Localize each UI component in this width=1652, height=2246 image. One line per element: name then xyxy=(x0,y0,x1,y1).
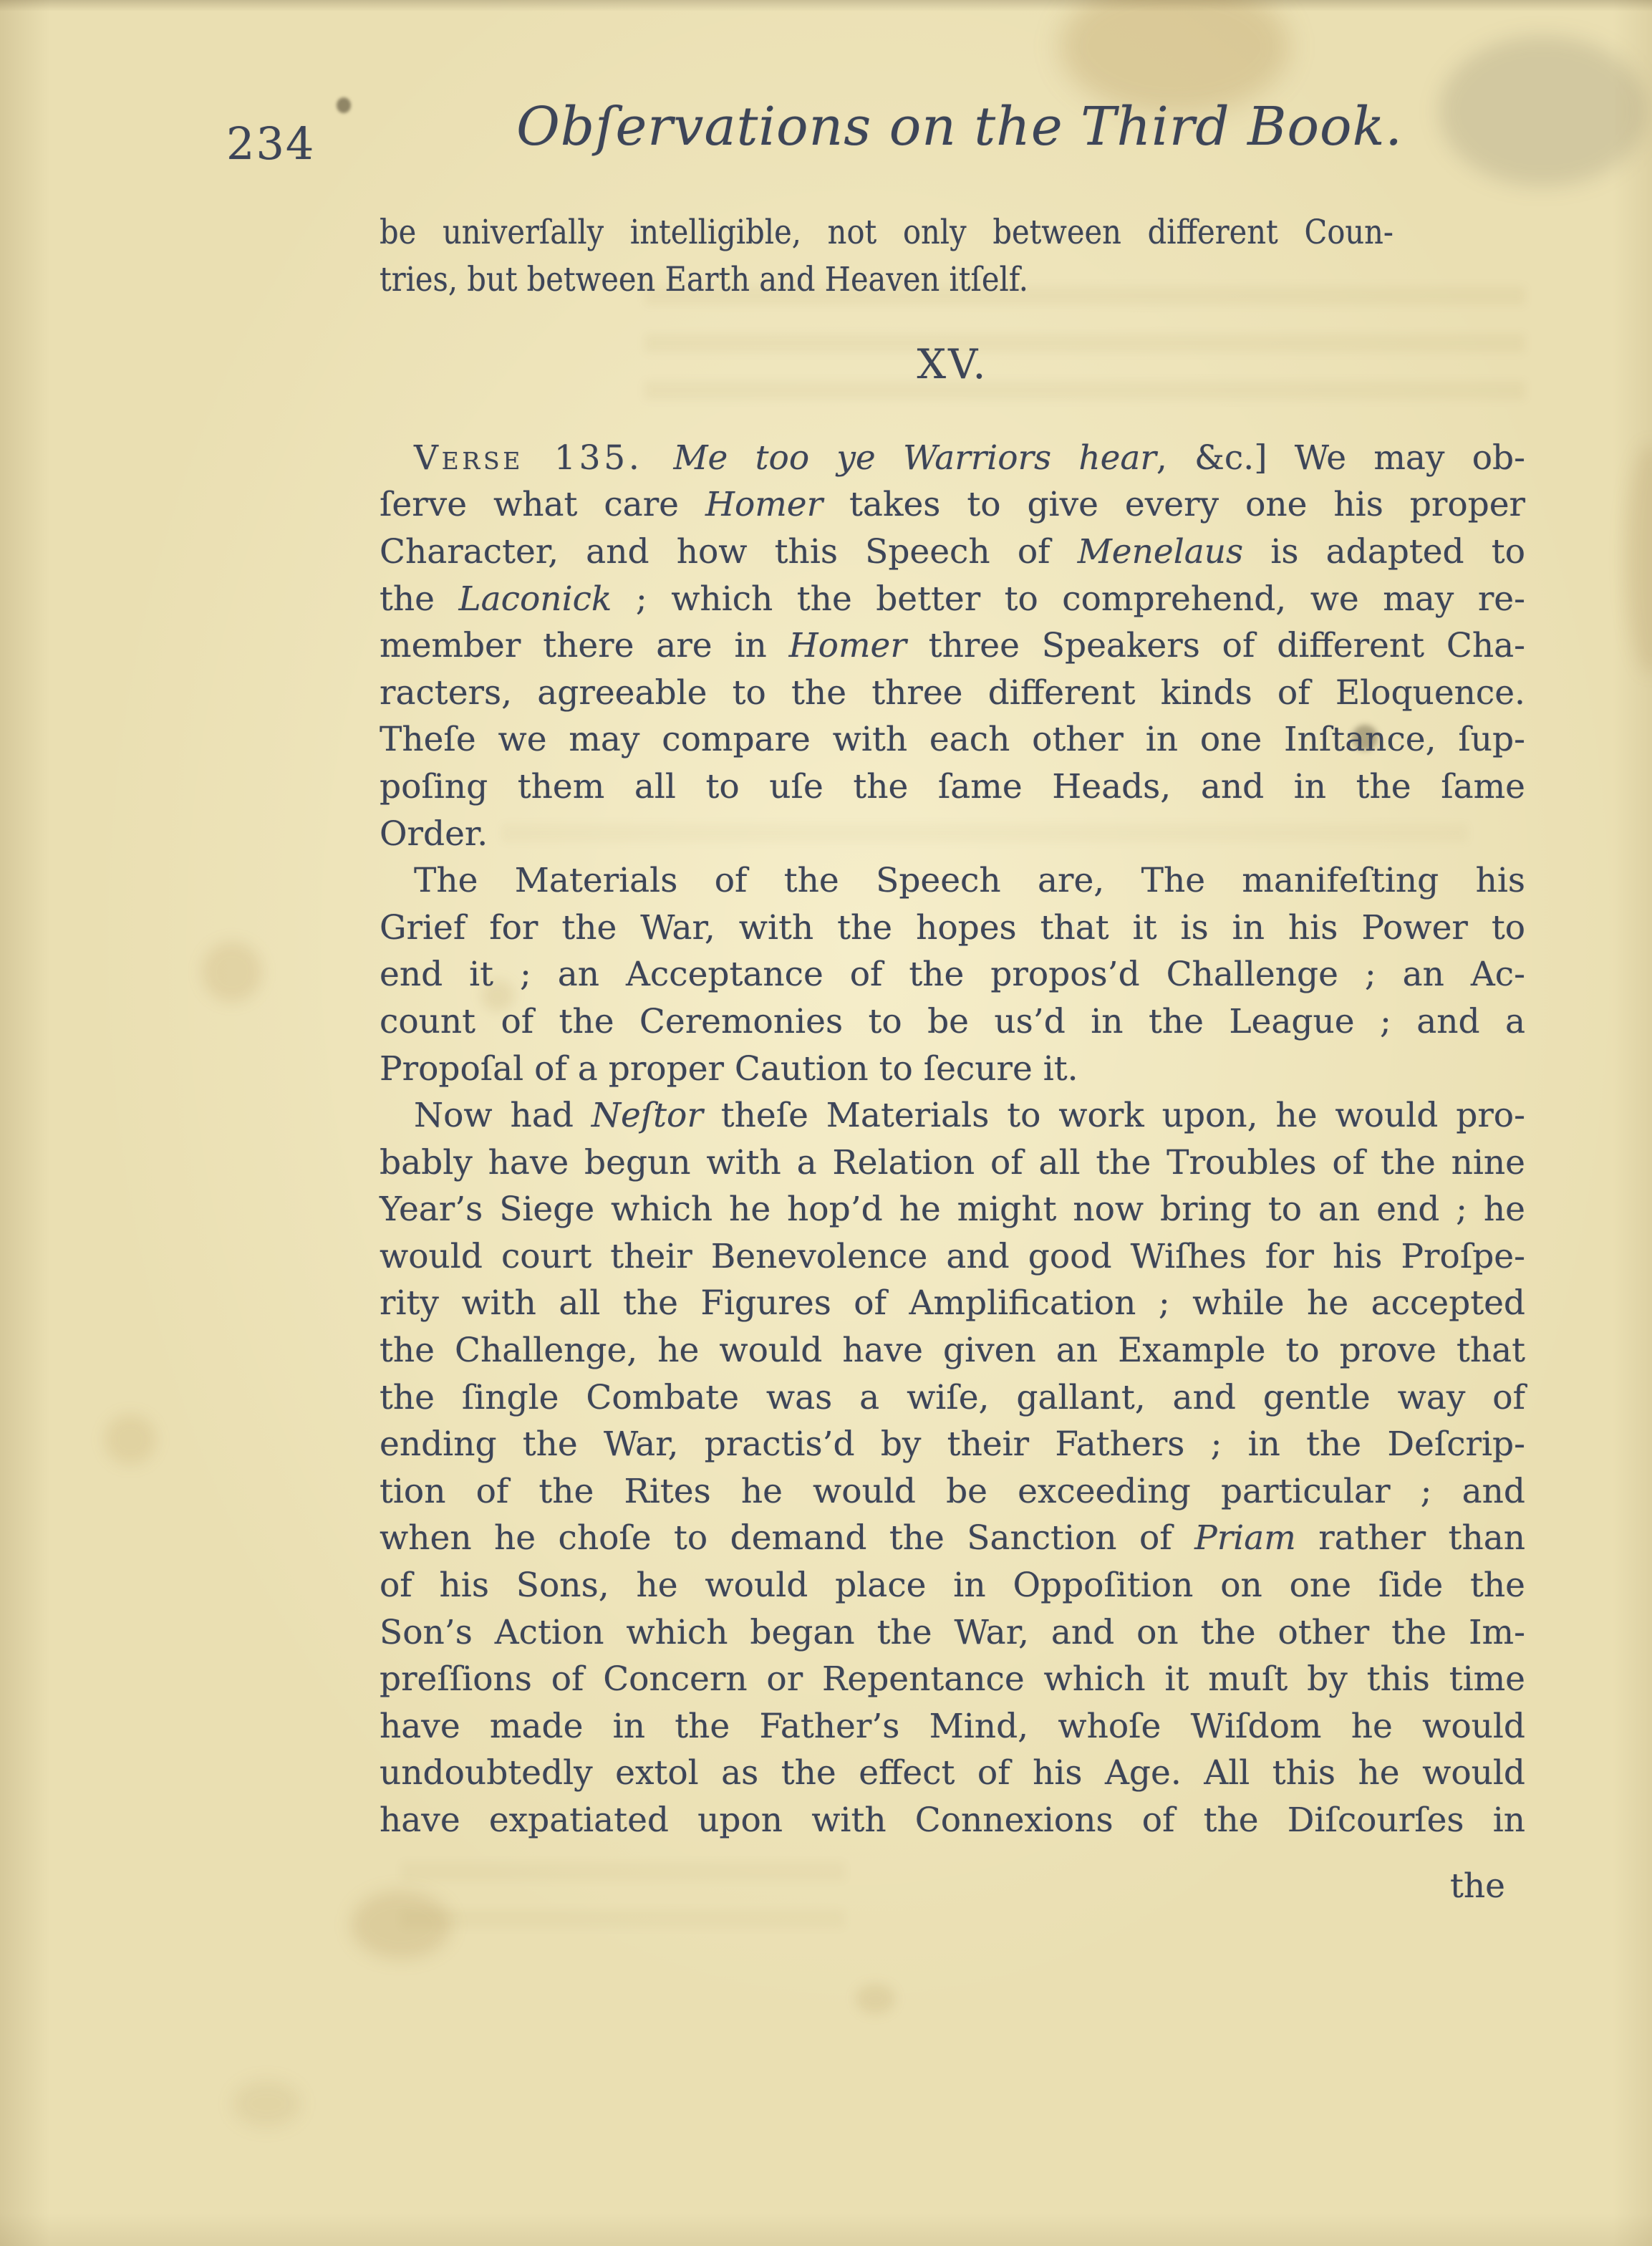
body-text: be univerſally intelligible, not only be… xyxy=(380,209,1525,1909)
foxing-stain xyxy=(105,1414,156,1465)
text-line: Verse 135. Me too ye Warriors hear, &c.]… xyxy=(380,435,1525,482)
foxing-stain xyxy=(856,1984,895,2014)
text-line: tion of the Rites he would be exceeding … xyxy=(380,1468,1525,1515)
text-line: the Laconick ; which the better to compr… xyxy=(380,576,1525,623)
text-line: ſerve what care Homer takes to give ever… xyxy=(380,481,1525,529)
text-line: count of the Ceremonies to be us’d in th… xyxy=(380,998,1525,1046)
text-line: Year’s Siege which he hop’d he might now… xyxy=(380,1186,1525,1233)
catchword: the xyxy=(380,1863,1525,1910)
text-line: ending the War, practis’d by their Fathe… xyxy=(380,1421,1525,1468)
text-line: Propoſal of a proper Caution to ſecure i… xyxy=(380,1046,1525,1093)
text-line: of his Sons, he would place in Oppoſitio… xyxy=(380,1562,1525,1609)
text-line: would court their Benevolence and good W… xyxy=(380,1233,1525,1281)
running-title: Obſervations on the Third Book. xyxy=(451,96,1468,158)
text-line: Theſe we may compare with each other in … xyxy=(380,716,1525,763)
text-line: be univerſally intelligible, not only be… xyxy=(380,209,1393,256)
text-line: Grief for the War, with the hopes that i… xyxy=(380,905,1525,952)
text-line: bably have begun with a Relation of all … xyxy=(380,1139,1525,1187)
text-line: racters, agreeable to the three differen… xyxy=(380,670,1525,717)
paragraph: Now had Neſtor theſe Materials to work u… xyxy=(380,1092,1525,1844)
text-line: Order. xyxy=(380,811,1525,858)
text-line: rity with all the Figures of Amplificati… xyxy=(380,1280,1525,1327)
foxing-stain xyxy=(202,942,262,1002)
text-line: The Materials of the Speech are, The man… xyxy=(380,857,1525,905)
text-line: when he choſe to demand the Sanction of … xyxy=(380,1515,1525,1562)
text-line: member there are in Homer three Speakers… xyxy=(380,622,1525,670)
section-heading: XV. xyxy=(380,342,1525,389)
text-line: end it ; an Acceptance of the propos’d C… xyxy=(380,951,1525,998)
paragraph: be univerſally intelligible, not only be… xyxy=(380,209,1393,303)
text-line: undoubtedly extol as the effect of his A… xyxy=(380,1750,1525,1797)
text-line: have made in the Father’s Mind, whoſe Wi… xyxy=(380,1703,1525,1750)
text-line: Now had Neſtor theſe Materials to work u… xyxy=(380,1092,1525,1139)
text-line: poſing them all to uſe the ſame Heads, a… xyxy=(380,763,1525,811)
page-number: 234 xyxy=(226,117,315,170)
text-line: Son’s Action which began the War, and on… xyxy=(380,1609,1525,1657)
paragraph: Verse 135. Me too ye Warriors hear, &c.]… xyxy=(380,435,1525,857)
foxing-stain xyxy=(1626,444,1652,673)
text-line: tries, but between Earth and Heaven itſe… xyxy=(380,256,1393,304)
foxing-stain xyxy=(1439,36,1647,186)
text-line: have expatiated upon with Connexions of … xyxy=(380,1797,1525,1844)
text-line: the Challenge, he would have given an Ex… xyxy=(380,1327,1525,1374)
paragraph: The Materials of the Speech are, The man… xyxy=(380,857,1525,1092)
text-line: the ſingle Combate was a wiſe, gallant, … xyxy=(380,1374,1525,1422)
foxing-stain xyxy=(337,97,351,113)
book-page-scan: { "colors": { "paper": "#eadfb2", "ink":… xyxy=(0,0,1652,2246)
foxing-stain xyxy=(233,2081,301,2127)
text-line: preſſions of Concern or Repentance which… xyxy=(380,1656,1525,1703)
text-line: Character, and how this Speech of Menela… xyxy=(380,529,1525,576)
